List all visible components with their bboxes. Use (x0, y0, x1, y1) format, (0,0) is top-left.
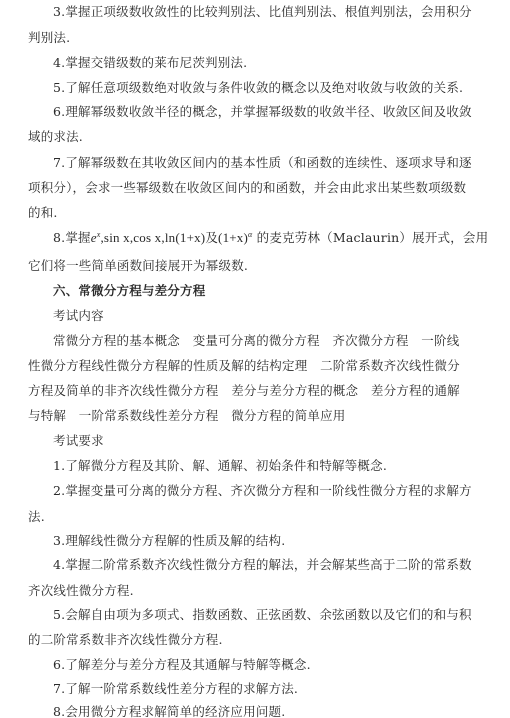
requirements-heading: 考试要求 (53, 433, 104, 449)
requirement-3: 3.理解线性微分方程解的性质及解的结构. (53, 533, 285, 549)
section-title: 六、常微分方程与差分方程 (53, 283, 205, 299)
requirement-5: 5.会解自由项为多项式、指数函数、正弦函数、余弦函数以及它们的和与积 (53, 607, 472, 623)
requirement-2: 2.掌握变量可分离的微分方程、齐次微分方程和一阶线性微分方程的求解方 (53, 483, 472, 499)
series-item-7: 7.了解幂级数在其收敛区间内的基本性质（和函数的连续性、逐项求导和逐 (53, 155, 472, 171)
item8-suffix: 的麦克劳林（Maclaurin）展开式，会用 (257, 230, 489, 245)
requirement-5-cont: 的二阶常系数非齐次线性微分方程. (28, 632, 223, 648)
series-item-6-cont: 域的求法. (28, 129, 83, 145)
requirement-2-cont: 法. (28, 509, 45, 525)
content-line-2: 性微分方程线性微分方程解的性质及解的结构定理 二阶常系数齐次线性微分 (28, 358, 460, 374)
requirement-7: 7.了解一阶常系数线性差分方程的求解方法. (53, 681, 298, 697)
content-line-1: 常微分方程的基本概念 变量可分离的微分方程 齐次微分方程 一阶线 (53, 333, 459, 349)
maclaurin-formula: ex,sin x,cos x,ln(1+x) (91, 230, 206, 245)
series-item-7-cont2: 的和. (28, 205, 58, 221)
requirement-8: 8.会用微分方程求解简单的经济应用问题. (53, 704, 285, 718)
series-item-8-cont: 它们将一些简单函数间接展开为幂级数. (28, 258, 248, 274)
item8-prefix: 8.掌握 (53, 230, 91, 245)
series-item-4: 4.掌握交错级数的莱布尼茨判别法. (53, 55, 247, 71)
content-line-4: 与特解 一阶常系数线性差分方程 微分方程的简单应用 (28, 408, 346, 424)
requirement-4-cont: 齐次线性微分方程. (28, 583, 134, 599)
requirement-6: 6.了解差分与差分方程及其通解与特解等概念. (53, 657, 311, 673)
content-line-3: 方程及简单的非齐次线性微分方程 差分与差分方程的概念 差分方程的通解 (28, 383, 460, 399)
content-heading: 考试内容 (53, 308, 104, 324)
series-item-8: 8.掌握ex,sin x,cos x,ln(1+x)及(1+x)α 的麦克劳林（… (53, 230, 488, 246)
requirement-4: 4.掌握二阶常系数齐次线性微分方程的解法，并会解某些高于二阶的常系数 (53, 557, 472, 573)
series-item-3: 3.掌握正项级数收敛性的比较判别法、比值判别法、根值判别法，会用积分 (53, 4, 472, 20)
series-item-3-cont: 判别法. (28, 30, 70, 46)
requirement-1: 1.了解微分方程及其阶、解、通解、初始条件和特解等概念. (53, 458, 387, 474)
series-item-6: 6.理解幂级数收敛半径的概念，并掌握幂级数的收敛半径、收敛区间及收敛 (53, 104, 472, 120)
series-item-5: 5.了解任意项级数绝对收敛与条件收敛的概念以及绝对收敛与收敛的关系. (53, 80, 463, 96)
series-item-7-cont: 项积分），会求一些幂级数在收敛区间内的和函数，并会由此求出某些数项级数 (28, 180, 466, 196)
